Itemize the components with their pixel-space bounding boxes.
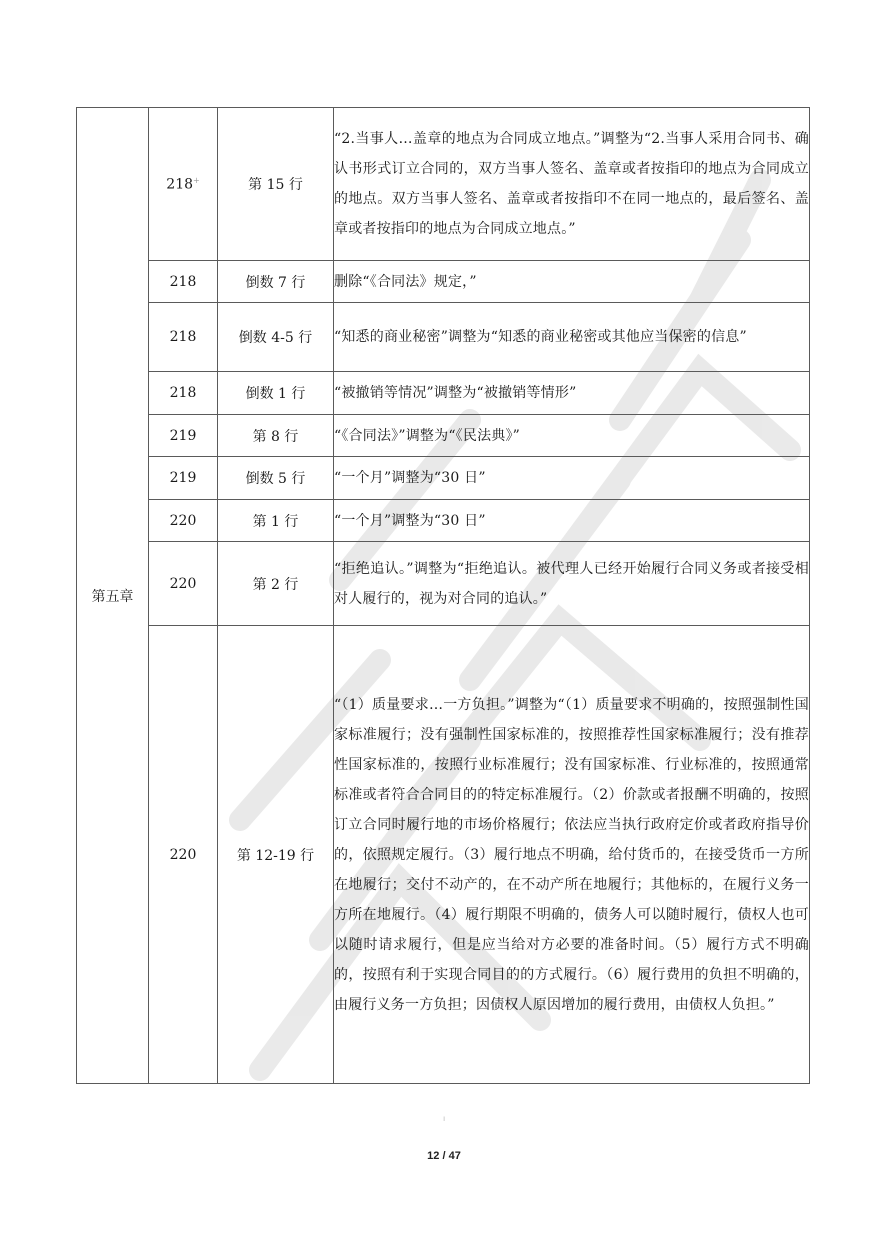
- page-cell: 218+: [149, 108, 218, 261]
- page-number-footer: 12 / 47: [0, 1150, 888, 1162]
- change-cell: “拒绝追认。”调整为“拒绝追认。被代理人已经开始履行合同义务或者接受相对人履行的…: [334, 542, 810, 626]
- line-cell: 第 15 行: [218, 108, 334, 261]
- change-cell: “《合同法》”调整为“《民法典》”: [334, 415, 810, 457]
- table-row: 218 倒数 4-5 行 “知悉的商业秘密”调整为“知悉的商业秘密或其他应当保密…: [77, 303, 810, 372]
- page-cell: 219: [149, 415, 218, 457]
- revision-table: 第五章 218+ 第 15 行 “2.当事人…盖章的地点为合同成立地点。”调整为…: [76, 107, 810, 1084]
- table-row: 第五章 218+ 第 15 行 “2.当事人…盖章的地点为合同成立地点。”调整为…: [77, 108, 810, 261]
- change-cell: 删除“《合同法》规定，”: [334, 261, 810, 303]
- page-number: 218: [166, 176, 193, 192]
- page-cell: 220: [149, 542, 218, 626]
- table-row: 220 第 12-19 行 “（1）质量要求…一方负担。”调整为“（1）质量要求…: [77, 626, 810, 1084]
- line-cell: 倒数 5 行: [218, 457, 334, 500]
- table-row: 218 倒数 7 行 删除“《合同法》规定，”: [77, 261, 810, 303]
- change-cell: “（1）质量要求…一方负担。”调整为“（1）质量要求不明确的，按照强制性国家标准…: [334, 626, 810, 1084]
- table-row: 220 第 2 行 “拒绝追认。”调整为“拒绝追认。被代理人已经开始履行合同义务…: [77, 542, 810, 626]
- line-cell: 倒数 1 行: [218, 372, 334, 415]
- line-cell: 倒数 7 行: [218, 261, 334, 303]
- change-cell: “一个月”调整为“30 日”: [334, 457, 810, 500]
- change-cell: “2.当事人…盖章的地点为合同成立地点。”调整为“2.当事人采用合同书、确认书形…: [334, 108, 810, 261]
- table-row: 218 倒数 1 行 “被撤销等情况”调整为“被撤销等情形”: [77, 372, 810, 415]
- table-row: 219 第 8 行 “《合同法》”调整为“《民法典》”: [77, 415, 810, 457]
- page-cell: 220: [149, 500, 218, 542]
- page-cell: 218: [149, 372, 218, 415]
- page-cell: 219: [149, 457, 218, 500]
- line-cell: 第 8 行: [218, 415, 334, 457]
- line-cell: 第 2 行: [218, 542, 334, 626]
- comment-mark-icon: +: [193, 176, 200, 185]
- line-cell: 第 12-19 行: [218, 626, 334, 1084]
- change-cell: “知悉的商业秘密”调整为“知悉的商业秘密或其他应当保密的信息”: [334, 303, 810, 372]
- line-cell: 第 1 行: [218, 500, 334, 542]
- change-cell: “被撤销等情况”调整为“被撤销等情形”: [334, 372, 810, 415]
- table-row: 219 倒数 5 行 “一个月”调整为“30 日”: [77, 457, 810, 500]
- page-cell: 220: [149, 626, 218, 1084]
- chapter-cell: 第五章: [77, 108, 149, 1084]
- line-cell: 倒数 4-5 行: [218, 303, 334, 372]
- stray-mark: ı: [443, 1114, 445, 1123]
- page-cell: 218: [149, 303, 218, 372]
- change-cell: “一个月”调整为“30 日”: [334, 500, 810, 542]
- table-row: 220 第 1 行 “一个月”调整为“30 日”: [77, 500, 810, 542]
- page-cell: 218: [149, 261, 218, 303]
